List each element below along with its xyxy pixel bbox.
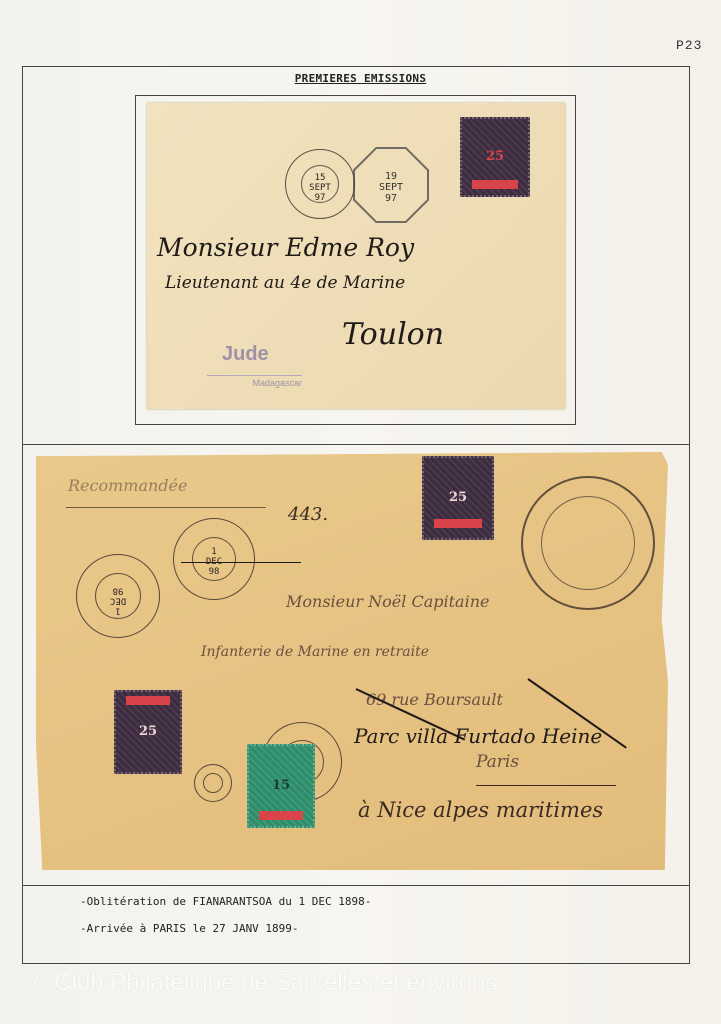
stamp-value: 25 xyxy=(462,149,528,164)
cover-bottom-address-line6: à Nice alpes maritimes xyxy=(358,798,603,822)
cover-top-address-line1: Monsieur Edme Roy xyxy=(157,233,414,262)
cover-top-postmark-date: 15 SEPT 97 xyxy=(286,174,354,204)
cover-top-address-line3: Toulon xyxy=(342,317,444,352)
cover-bottom-stamp-1: 25 xyxy=(422,456,494,540)
postmark-date: 1 DEC 98 xyxy=(77,585,159,615)
cover-top: 15 SEPT 97 19 SEPT 97 25 Monsieur Edme R… xyxy=(147,103,565,409)
cover-bottom-address-underline xyxy=(476,785,616,786)
cover-bottom-registration-number: 443. xyxy=(288,504,328,525)
stamp-value: 15 xyxy=(249,778,313,793)
cover-bottom-postmark-1: 1 DEC 98 xyxy=(76,554,160,638)
section-title: PREMIERES EMISSIONS xyxy=(0,72,721,85)
cover-bottom-address-line4: Parc villa Furtado Heine xyxy=(354,724,602,748)
cover-bottom-address-line2: Infanterie de Marine en retraite xyxy=(201,644,429,660)
cover-top-cachet-place: Madagascar xyxy=(207,375,302,388)
cover-bottom-stamp-2: 25 xyxy=(114,690,182,774)
cover-bottom-registration-cachet xyxy=(521,476,655,610)
cover-top-postmark-round: 15 SEPT 97 xyxy=(285,149,355,219)
cover-top-cachet-name: Jude xyxy=(222,343,269,366)
cover-bottom-annotation-line xyxy=(66,507,266,508)
cover-bottom-postmark-2: 1 DEC 98 xyxy=(173,518,255,600)
caption-cancellation: -Oblitération de FIANARANTSOA du 1 DEC 1… xyxy=(80,895,371,908)
cover-bottom-stamp-3: 15 xyxy=(247,744,315,828)
cover-bottom-address-line5: Paris xyxy=(476,752,519,772)
copyright-watermark: © Club Philatélique de Sarcelles et envi… xyxy=(30,969,497,997)
cover-bottom-address-line1: Monsieur Noël Capitaine xyxy=(286,592,489,611)
cover-bottom-small-mark xyxy=(194,764,232,802)
cover-bottom-address-line3-struck: 69 rue Boursault xyxy=(366,690,503,709)
cover-top-stamp: 25 xyxy=(460,117,530,197)
page-number: P23 xyxy=(676,38,702,53)
cover-bottom-annotation: Recommandée xyxy=(68,476,187,495)
cover-top-octagonal-date: 19 SEPT 97 xyxy=(353,171,429,204)
cover-bottom-strike-a xyxy=(181,562,301,563)
caption-arrival: -Arrivée à PARIS le 27 JANV 1899- xyxy=(80,922,299,935)
stamp-value: 25 xyxy=(424,490,492,505)
divider-top xyxy=(22,444,690,445)
cover-top-postmark-octagonal: 19 SEPT 97 xyxy=(353,147,429,223)
cover-top-address-line2: Lieutenant au 4e de Marine xyxy=(165,273,405,293)
divider-bottom xyxy=(22,885,690,886)
cover-bottom: Recommandée 443. 1 DEC 98 1 DEC 98 25 25… xyxy=(36,452,668,870)
stamp-value: 25 xyxy=(116,724,180,739)
